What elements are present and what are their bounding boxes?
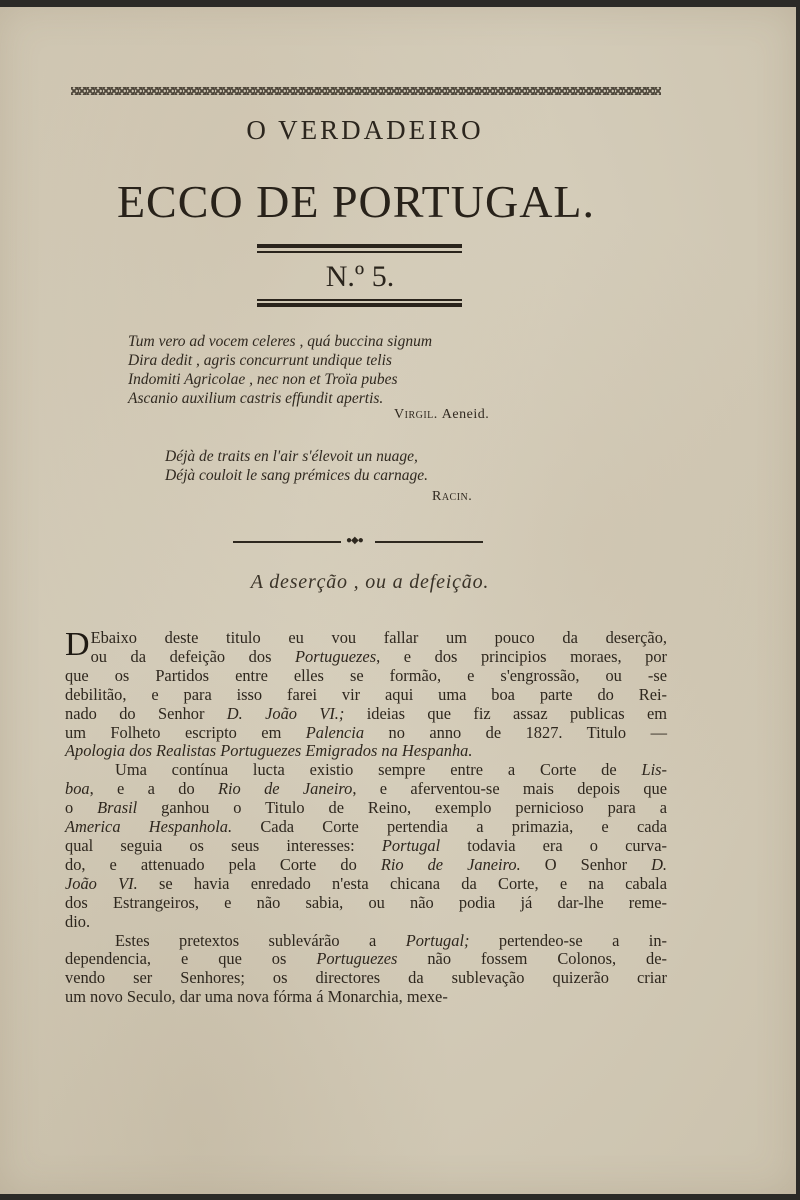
text-line: Uma contínua lucta existio sempre entre … — [65, 761, 667, 780]
epigraph-racine: Déjà de traits en l'air s'élevoit un nua… — [165, 447, 428, 485]
italic-term: Lis- — [641, 760, 667, 779]
paragraph: Estes pretextos sublevárão a Portugal; p… — [65, 932, 667, 1008]
italic-term: D. João VI.; — [227, 704, 345, 723]
paragraph: Ebaixo deste titulo eu vou fallar um pou… — [65, 629, 667, 761]
italic-term: João VI. — [65, 874, 138, 893]
italic-term: D. — [651, 855, 667, 874]
text-line: do, e attenuado pela Corte do Rio de Jan… — [65, 856, 667, 875]
epigraph-attribution-virgil: Virgil. Aeneid. — [394, 407, 489, 423]
italic-term: Palencia — [306, 723, 364, 742]
masthead-title: ECCO DE PORTUGAL. — [0, 175, 712, 228]
wave-ornament-border — [71, 87, 661, 95]
double-rule-top — [257, 244, 462, 253]
document-page: O VERDADEIRO ECCO DE PORTUGAL. N.º 5. Tu… — [0, 7, 796, 1194]
attribution-author: Virgil. — [394, 407, 438, 422]
text-line: nado do Senhor D. João VI.; ideias que f… — [65, 705, 667, 724]
attribution-author: Racin. — [432, 489, 472, 504]
text-line: que os Partidos entre elles se formão, e… — [65, 667, 667, 686]
issue-number: N.º 5. — [0, 260, 720, 294]
italic-term: boa — [65, 779, 90, 798]
text-line: João VI. se havia enredado n'esta chican… — [65, 875, 667, 894]
italic-term: Portuguezes — [316, 949, 397, 968]
text-line: um novo Seculo, dar uma nova fórma á Mon… — [65, 988, 667, 1007]
article-body: D Ebaixo deste titulo eu vou fallar um p… — [65, 629, 667, 1007]
paragraph: Uma contínua lucta existio sempre entre … — [65, 761, 667, 931]
text-line: dependencia, e que os Portuguezes não fo… — [65, 950, 667, 969]
text-line: dos Estrangeiros, e não sabia, ou não po… — [65, 894, 667, 913]
text-line: Estes pretextos sublevárão a Portugal; p… — [65, 932, 667, 951]
attribution-work: Aeneid. — [442, 407, 489, 422]
italic-term: America Hespanhola. — [65, 817, 232, 836]
epigraph-line: Déjà de traits en l'air s'élevoit un nua… — [165, 447, 428, 466]
text-line: vendo ser Senhores; os directores da sub… — [65, 969, 667, 988]
text-line: America Hespanhola. Cada Corte pertendia… — [65, 818, 667, 837]
epigraph-line: Indomiti Agricolae , nec non et Troïa pu… — [128, 370, 432, 389]
text-line: ou da defeição dos Portuguezes, e dos pr… — [65, 648, 667, 667]
italic-term: Brasil — [97, 798, 137, 817]
text-line: dio. — [65, 913, 667, 932]
text-line: Ebaixo deste titulo eu vou fallar um pou… — [65, 629, 667, 648]
italic-term: Apologia dos Realistas Portuguezes Emigr… — [65, 741, 472, 760]
italic-term: Portuguezes — [295, 647, 376, 666]
text-line: o Brasil ganhou o Titulo de Reino, exemp… — [65, 799, 667, 818]
text-line: um Folheto escripto em Palencia no anno … — [65, 724, 667, 743]
epigraph-line: Dira dedit , agris concurrunt undique te… — [128, 351, 432, 370]
text-line: qual seguia os seus interesses: Portugal… — [65, 837, 667, 856]
ornament-dots-icon: ●◆● — [346, 535, 363, 546]
italic-term: Rio de Janeiro. — [381, 855, 521, 874]
drop-cap: D — [65, 631, 90, 659]
masthead-subtitle: O VERDADEIRO — [0, 115, 730, 146]
epigraph-line: Tum vero ad vocem celeres , quá buccina … — [128, 332, 432, 351]
text-line: debilitão, e para isso farei vir aqui um… — [65, 686, 667, 705]
text-line: boa, e a do Rio de Janeiro, e aferventou… — [65, 780, 667, 799]
italic-term: Portugal — [382, 836, 440, 855]
text-line: Apologia dos Realistas Portuguezes Emigr… — [65, 742, 667, 761]
epigraph-attribution-racine: Racin. — [432, 489, 472, 505]
epigraph-line: Ascanio auxilium castris effundit aperti… — [128, 389, 432, 408]
italic-term: Portugal; — [406, 931, 470, 950]
italic-term: Rio de Janeiro — [218, 779, 352, 798]
decorative-rule: ●◆● — [233, 539, 483, 545]
double-rule-bottom — [257, 299, 462, 308]
epigraph-line: Déjà couloit le sang prémices du carnage… — [165, 466, 428, 485]
epigraph-virgil: Tum vero ad vocem celeres , quá buccina … — [128, 332, 432, 408]
section-heading: A deserção , ou a defeição. — [0, 571, 740, 594]
